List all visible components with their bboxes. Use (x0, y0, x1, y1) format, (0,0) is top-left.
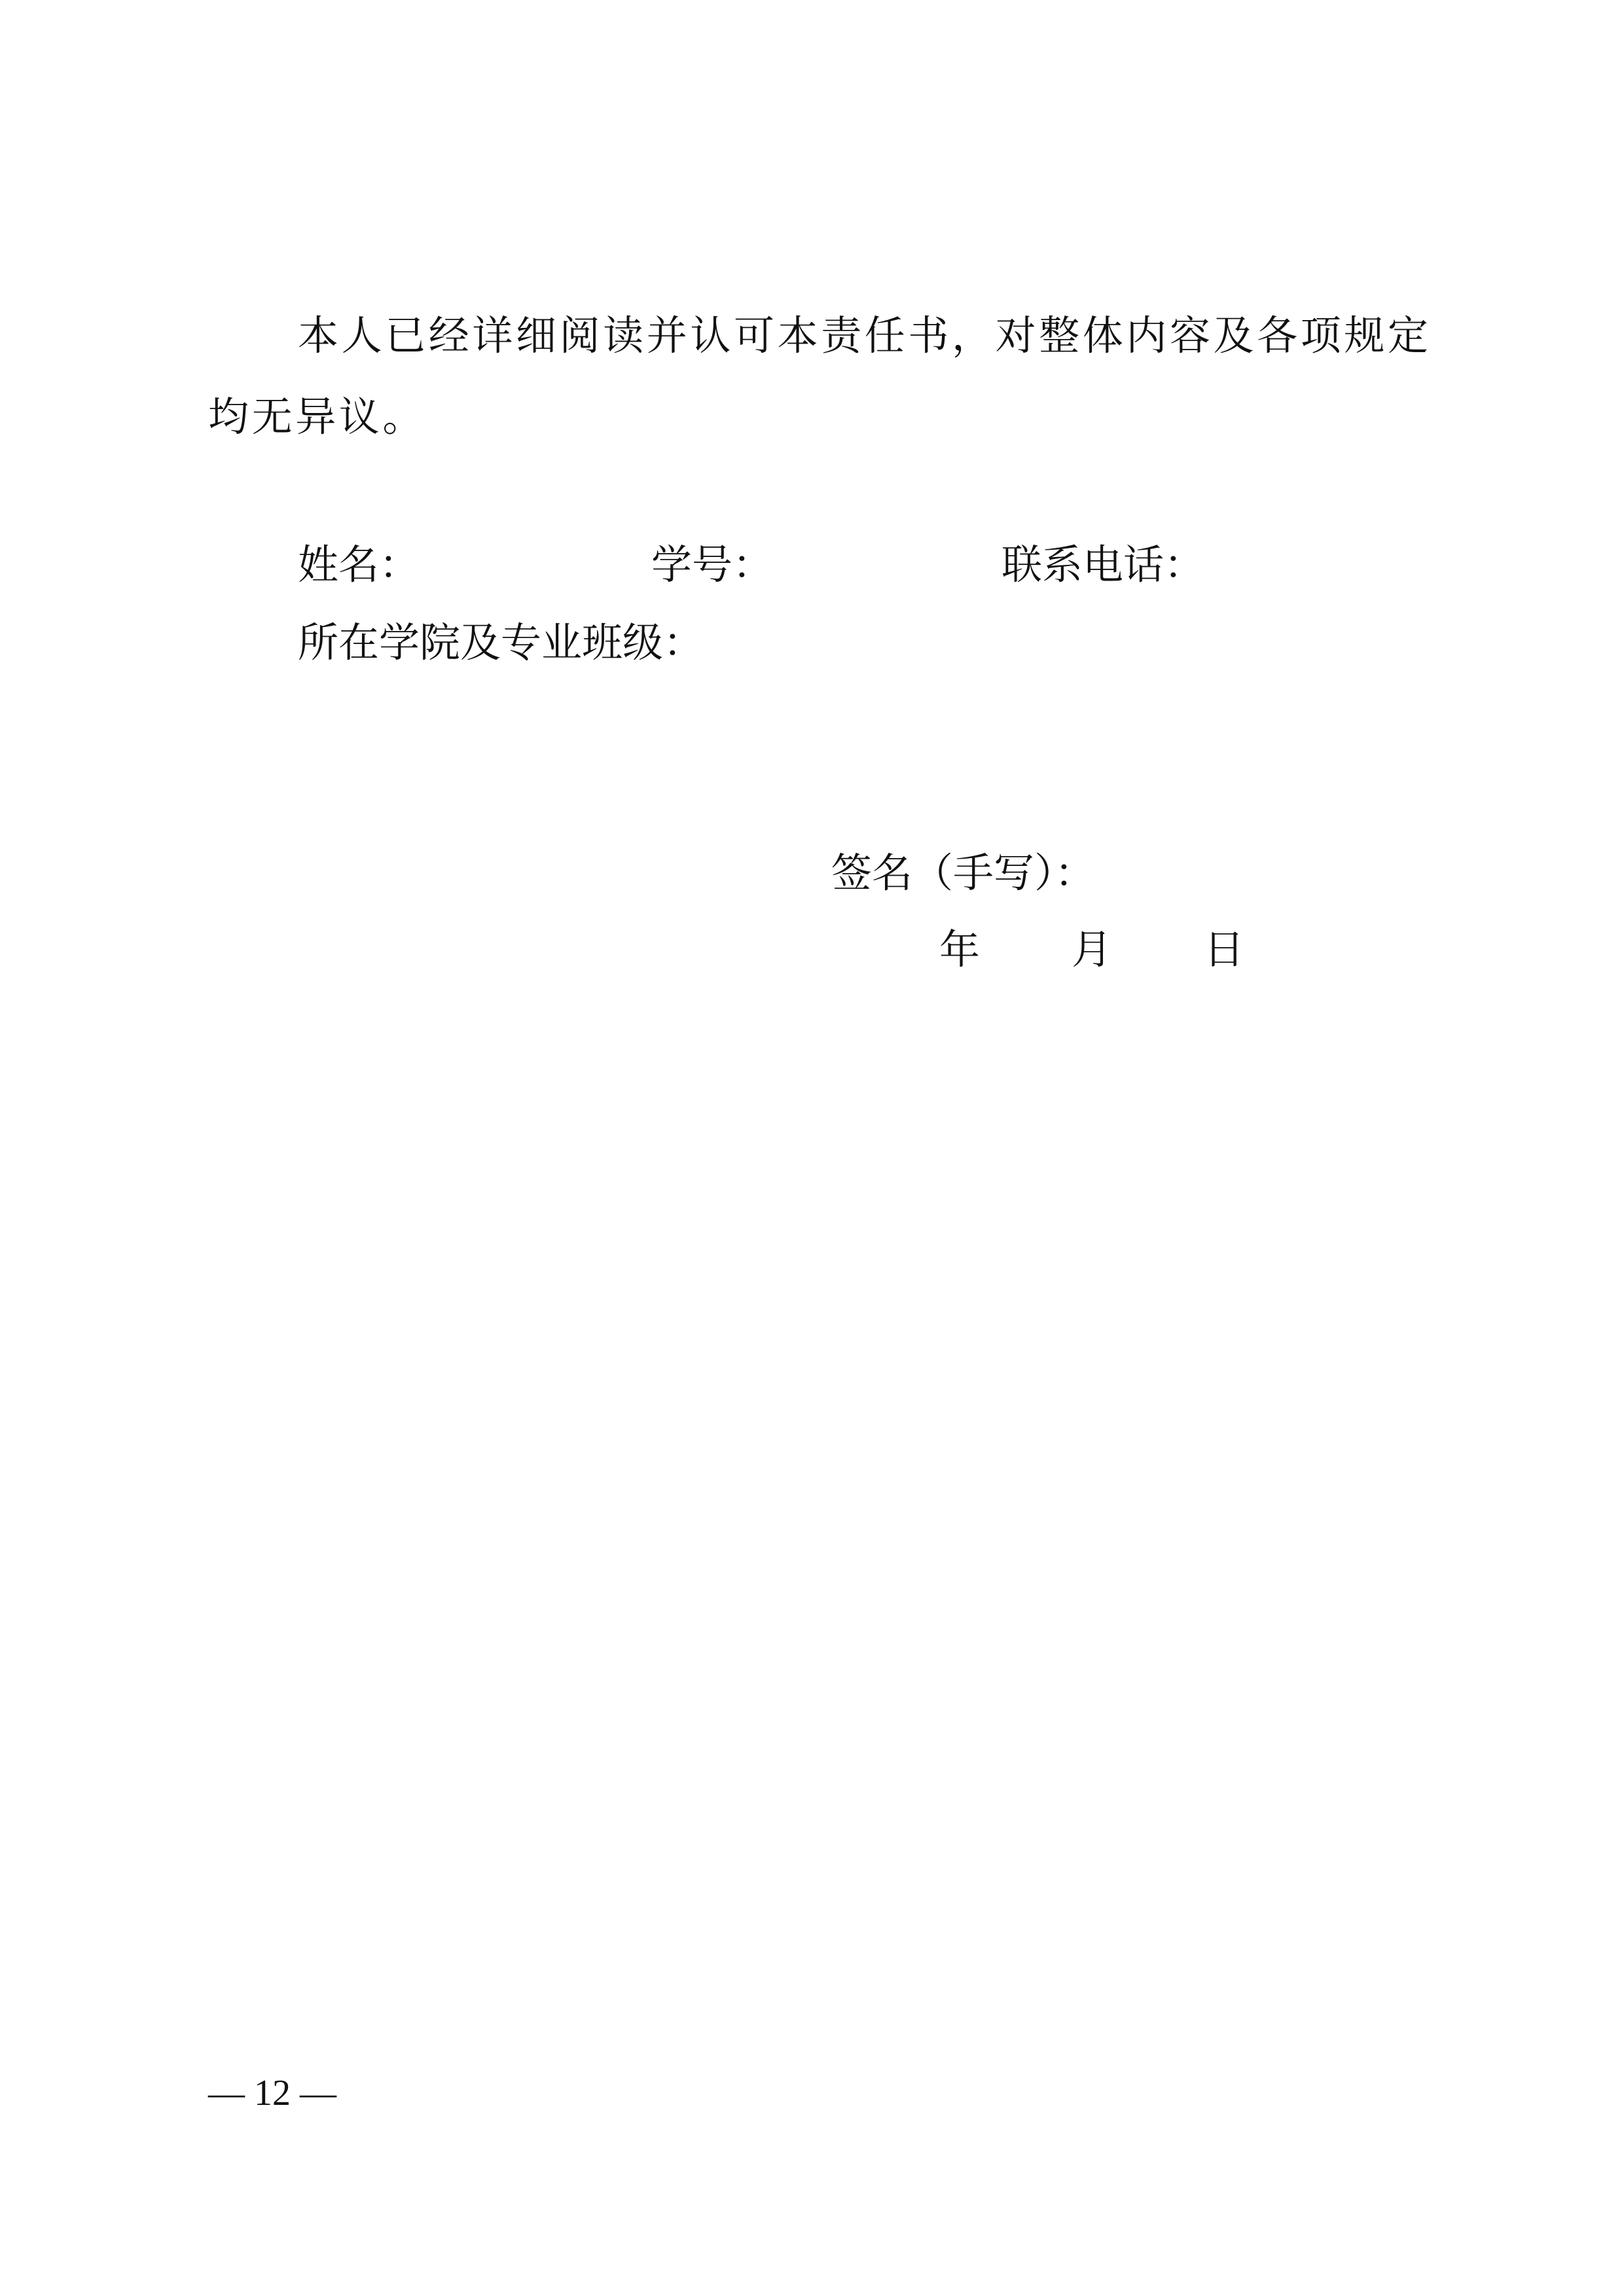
college-class-field-label: 所在学院及专业班级： (298, 622, 704, 663)
date-day-label: 日 (1204, 929, 1244, 970)
agreement-text-line-2: 均无异议。 (208, 397, 1426, 437)
handwritten-signature-label: 签名（手写）： (831, 853, 1095, 893)
student-id-field-label: 学号： (651, 545, 773, 585)
date-month-label: 月 (1072, 929, 1112, 970)
page-number: — 12 — (208, 2073, 336, 2113)
signature-date: 年月日 (939, 929, 1244, 970)
name-field-label: 姓名： (298, 545, 420, 585)
agreement-text-line-1: 本人已经详细阅读并认可本责任书，对整体内容及各项规定 (298, 315, 1515, 356)
phone-field-label: 联系电话： (1001, 545, 1204, 585)
date-year-label: 年 (939, 929, 980, 970)
